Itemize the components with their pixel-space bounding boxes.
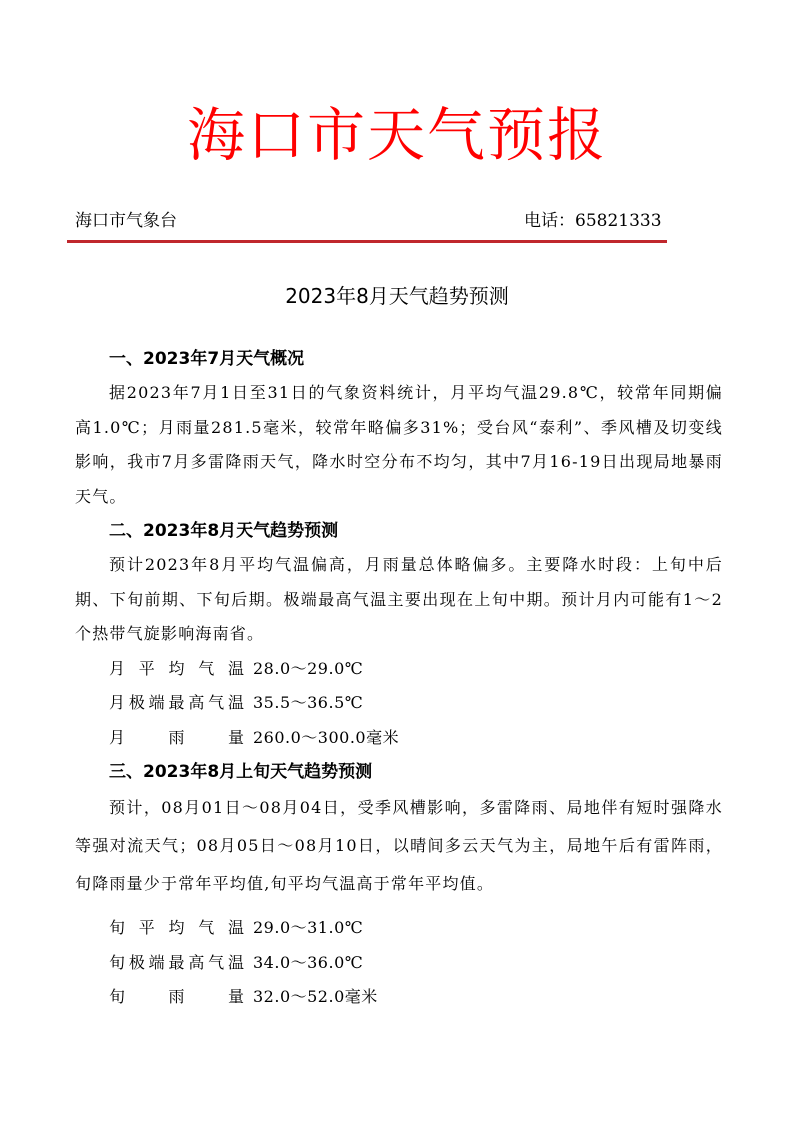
forecast-value: 29.0～31.0℃ — [253, 911, 363, 946]
document-title: 2023年8月天气趋势预测 — [0, 282, 794, 310]
forecast-item: 旬平均气温 29.0～31.0℃ — [75, 911, 723, 946]
forecast-label: 月极端最高气温 — [109, 686, 245, 721]
organization-name: 海口市气象台 — [75, 208, 177, 234]
forecast-value: 35.5～36.5℃ — [253, 686, 363, 721]
forecast-item: 旬雨量 32.0～52.0毫米 — [75, 980, 723, 1015]
section-heading: 三、2023年8月上旬天气趋势预测 — [75, 755, 723, 789]
section-paragraph: 据2023年7月1日至31日的气象资料统计，月平均气温29.8℃，较常年同期偏高… — [75, 376, 723, 514]
forecast-value: 32.0～52.0毫米 — [253, 980, 378, 1015]
forecast-label: 旬极端最高气温 — [109, 946, 245, 981]
section-heading: 一、2023年7月天气概况 — [75, 342, 723, 376]
forecast-item: 月平均气温 28.0～29.0℃ — [75, 652, 723, 687]
section-paragraph: 预计，08月01日～08月04日，受季风槽影响，多雷降雨、局地伴有短时强降水等强… — [75, 789, 723, 903]
forecast-label: 月平均气温 — [109, 652, 245, 687]
forecast-label: 月雨量 — [109, 721, 245, 756]
masthead-title: 海口市天气预报 — [0, 100, 794, 170]
phone-number: 电话：65821333 — [524, 208, 662, 234]
forecast-value: 28.0～29.0℃ — [253, 652, 363, 687]
header-divider — [67, 240, 667, 243]
forecast-item: 旬极端最高气温 34.0～36.0℃ — [75, 946, 723, 981]
forecast-label: 旬平均气温 — [109, 911, 245, 946]
document-body: 一、2023年7月天气概况 据2023年7月1日至31日的气象资料统计，月平均气… — [75, 342, 723, 1015]
section-heading: 二、2023年8月天气趋势预测 — [75, 514, 723, 548]
forecast-label: 旬雨量 — [109, 980, 245, 1015]
forecast-item: 月极端最高气温 35.5～36.5℃ — [75, 686, 723, 721]
section-paragraph: 预计2023年8月平均气温偏高，月雨量总体略偏多。主要降水时段：上旬中后期、下旬… — [75, 548, 723, 652]
forecast-value: 34.0～36.0℃ — [253, 946, 363, 981]
forecast-value: 260.0～300.0毫米 — [253, 721, 399, 756]
forecast-item: 月雨量 260.0～300.0毫米 — [75, 721, 723, 756]
